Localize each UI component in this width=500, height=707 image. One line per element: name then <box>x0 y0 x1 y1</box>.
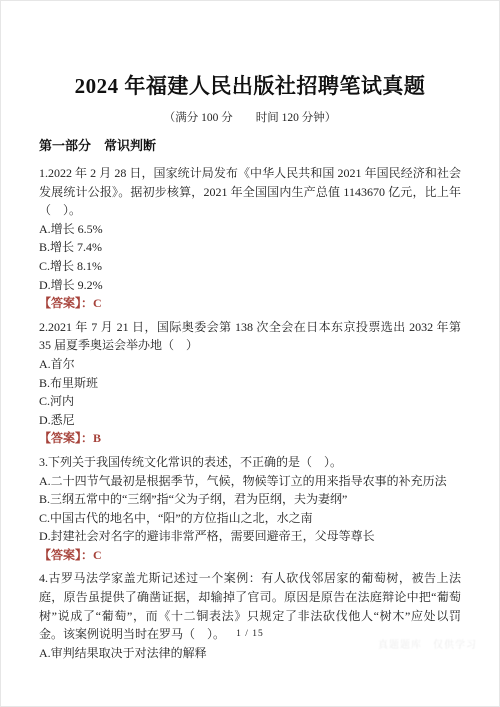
question-1-option-c: C.增长 8.1% <box>39 257 461 276</box>
question-3-stem: 3.下列关于我国传统文化常识的表述，不正确的是（ ）。 <box>39 453 461 472</box>
question-1-option-d: D.增长 9.2% <box>39 276 461 295</box>
question-2-option-b: B.布里斯班 <box>39 374 461 393</box>
question-1-answer: 【答案】：C <box>39 294 461 313</box>
question-1-option-a: A.增长 6.5% <box>39 220 461 239</box>
question-2-stem: 2.2021 年 7 月 21 日，国际奥委会第 138 次全会在日本东京投票选… <box>39 318 461 355</box>
question-2-answer: 【答案】：B <box>39 429 461 448</box>
question-2-option-d: D.悉尼 <box>39 411 461 430</box>
exam-document-page: 2024 年福建人民出版社招聘笔试真题 （满分 100 分 时间 120 分钟）… <box>0 0 500 707</box>
question-1-option-b: B.增长 7.4% <box>39 238 461 257</box>
page-title: 2024 年福建人民出版社招聘笔试真题 <box>39 1 461 101</box>
question-2-option-a: A.首尔 <box>39 355 461 374</box>
section-heading: 第一部分 常识判断 <box>39 137 461 154</box>
question-3-option-d: D.封建社会对名字的避讳非常严格，需要回避帝王，父母等尊长 <box>39 527 461 546</box>
question-3-option-b: B.三纲五常中的“三纲”指“父为子纲，君为臣纲，夫为妻纲” <box>39 490 461 509</box>
question-3-answer: 【答案】：C <box>39 546 461 565</box>
question-2-option-c: C.河内 <box>39 392 461 411</box>
question-1: 1.2022 年 2 月 28 日，国家统计局发布《中华人民共和国 2021 年… <box>39 164 461 313</box>
watermark: 真题题库 仅供学习 <box>378 639 477 652</box>
question-2: 2.2021 年 7 月 21 日，国际奥委会第 138 次全会在日本东京投票选… <box>39 318 461 448</box>
question-1-stem: 1.2022 年 2 月 28 日，国家统计局发布《中华人民共和国 2021 年… <box>39 164 461 220</box>
question-3-option-c: C.中国古代的地名中，“阳”的方位指山之北，水之南 <box>39 509 461 528</box>
question-3: 3.下列关于我国传统文化常识的表述，不正确的是（ ）。 A.二十四节气最初是根据… <box>39 453 461 565</box>
exam-score-time-line: （满分 100 分 时间 120 分钟） <box>39 110 461 126</box>
question-3-option-a: A.二十四节气最初是根据季节，气候，物候等订立的用来指导农事的补充历法 <box>39 472 461 491</box>
